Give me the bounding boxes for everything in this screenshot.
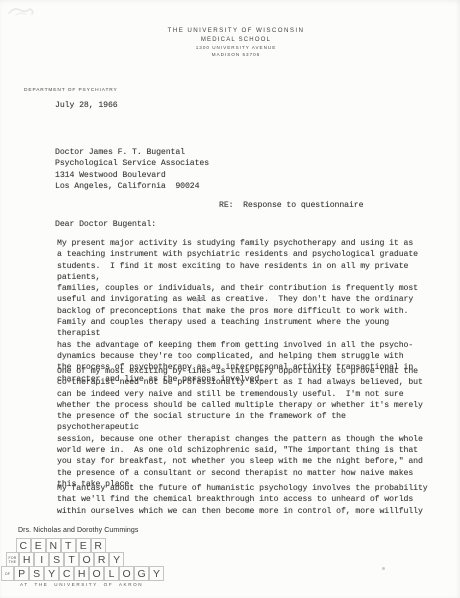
stamp-letter: N xyxy=(46,538,61,553)
letterhead-school: MEDICAL SCHOOL xyxy=(12,37,460,43)
stamp-letter: T xyxy=(61,538,76,553)
scan-artifact-dot xyxy=(382,567,385,570)
letterhead-city: MADISON 53706 xyxy=(12,52,460,57)
stamp-letter: T xyxy=(64,552,79,567)
letterhead: THE UNIVERSITY OF WISCONSIN MEDICAL SCHO… xyxy=(0,27,460,59)
stamp-letter: E xyxy=(76,538,91,553)
salutation: Dear Doctor Bugental: xyxy=(55,219,156,230)
re-line: RE: Response to questionnaire xyxy=(219,200,363,211)
body-paragraph-2: One of my most exciting by-lines is this… xyxy=(57,366,431,490)
letterhead-street: 1300 UNIVERSITY AVENUE xyxy=(12,45,460,50)
stamp-letter: H xyxy=(19,552,34,567)
handwritten-insert: as xyxy=(196,295,204,304)
pencil-smudge-mark xyxy=(6,3,44,21)
body-paragraph-1: My present major activity is studying fa… xyxy=(57,238,431,385)
stamp-letter: O xyxy=(89,566,104,581)
recipient-address: Doctor James F. T. Bugental Psychologica… xyxy=(55,147,209,192)
stamp-letter: P xyxy=(14,566,29,581)
stamp-row-psychology: OF P S Y C H O L O G Y xyxy=(1,566,164,581)
stamp-letter: Y xyxy=(44,566,59,581)
stamp-letter: L xyxy=(104,566,119,581)
stamp-letter: C xyxy=(16,538,31,553)
department-line: DEPARTMENT OF PSYCHIATRY xyxy=(24,88,118,93)
stamp-letter: G xyxy=(134,566,149,581)
body-paragraph-3: My fantasy about the future of humanisti… xyxy=(57,483,431,517)
stamp-cummings-line: Drs. Nicholas and Dorothy Cummings xyxy=(18,527,139,534)
stamp-footer-line: AT THE UNIVERSITY OF AKRON xyxy=(20,582,143,587)
stamp-letter: I xyxy=(34,552,49,567)
stamp-letter: Y xyxy=(149,566,164,581)
scanned-letter-page: THE UNIVERSITY OF WISCONSIN MEDICAL SCHO… xyxy=(0,0,460,598)
stamp-letter: R xyxy=(91,538,106,553)
stamp-letter: Y xyxy=(109,552,124,567)
stamp-prefix-for-the: FOR THE xyxy=(6,552,19,567)
stamp-letter: O xyxy=(79,552,94,567)
stamp-letter: S xyxy=(49,552,64,567)
stamp-letter: R xyxy=(94,552,109,567)
stamp-prefix-of: OF xyxy=(1,566,14,581)
stamp-prefix-line: THE xyxy=(9,560,17,564)
date-line: July 28, 1966 xyxy=(55,100,118,111)
letterhead-institution: THE UNIVERSITY OF WISCONSIN xyxy=(12,27,460,34)
stamp-letter: E xyxy=(31,538,46,553)
stamp-letter: S xyxy=(29,566,44,581)
stamp-row-center: C E N T E R xyxy=(16,538,106,553)
stamp-row-history: FOR THE H I S T O R Y xyxy=(6,552,124,567)
stamp-letter: C xyxy=(59,566,74,581)
stamp-letter: O xyxy=(119,566,134,581)
stamp-letter: H xyxy=(74,566,89,581)
stamp-prefix-line: OF xyxy=(5,572,10,576)
